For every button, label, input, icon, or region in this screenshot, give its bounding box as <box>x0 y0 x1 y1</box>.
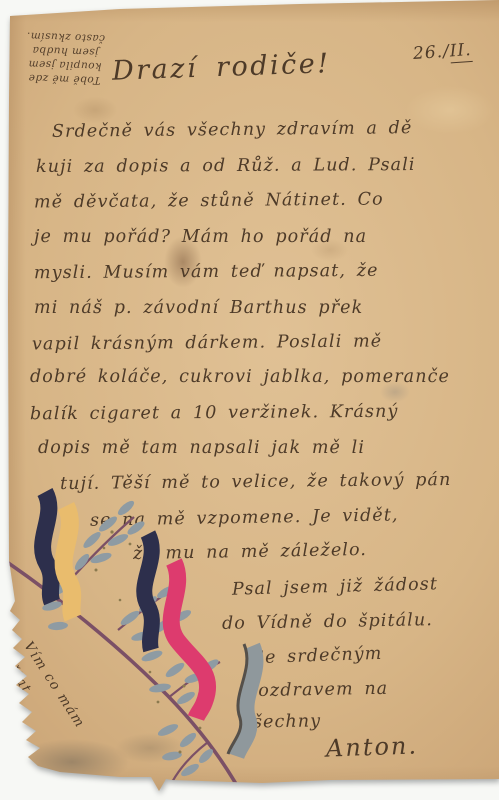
date: 26./II. <box>412 40 472 64</box>
letter-line: mi náš p. závodní Barthus přek <box>34 298 363 318</box>
date-month-underlined: II. <box>449 40 472 63</box>
postcard-shadow: 26./II. Tobě mě zde koupila jsem jsem hu… <box>0 0 499 800</box>
salutation: Drazí rodiče! <box>112 48 332 87</box>
austria-hungary-flag-ribbon <box>43 492 73 618</box>
letter-line: mysli. Musím vám teď napsat, že <box>34 261 379 283</box>
letter-line: Srdečně vás všechny zdravím a dě <box>52 118 413 142</box>
letter-line: balík cigaret a 10 veržinek. Krásný <box>30 402 399 425</box>
letter-line: vapil krásným dárkem. Poslali mě <box>32 331 382 354</box>
date-day: 26./ <box>412 42 450 65</box>
upside-down-corner-note: Tobě mě zde koupila jsem jsem hudba čast… <box>5 28 125 88</box>
letter-line: je mu pořád? Mám ho pořád na <box>34 227 367 247</box>
letter-line: mě děvčata, že stůně Nátinet. Co <box>34 189 384 212</box>
signature: Anton. <box>326 731 419 762</box>
letter-line: kuji za dopis a od Růž. a Lud. Psali <box>36 155 416 177</box>
scanned-postcard: 26./II. Tobě mě zde koupila jsem jsem hu… <box>0 0 499 800</box>
postcard-paper: 26./II. Tobě mě zde koupila jsem jsem hu… <box>0 0 499 800</box>
flags-and-laurel-decoration <box>0 440 300 800</box>
letter-line: dobré koláče, cukrovi jablka, pomeranče <box>30 367 450 387</box>
grey-ribbon <box>228 644 255 756</box>
